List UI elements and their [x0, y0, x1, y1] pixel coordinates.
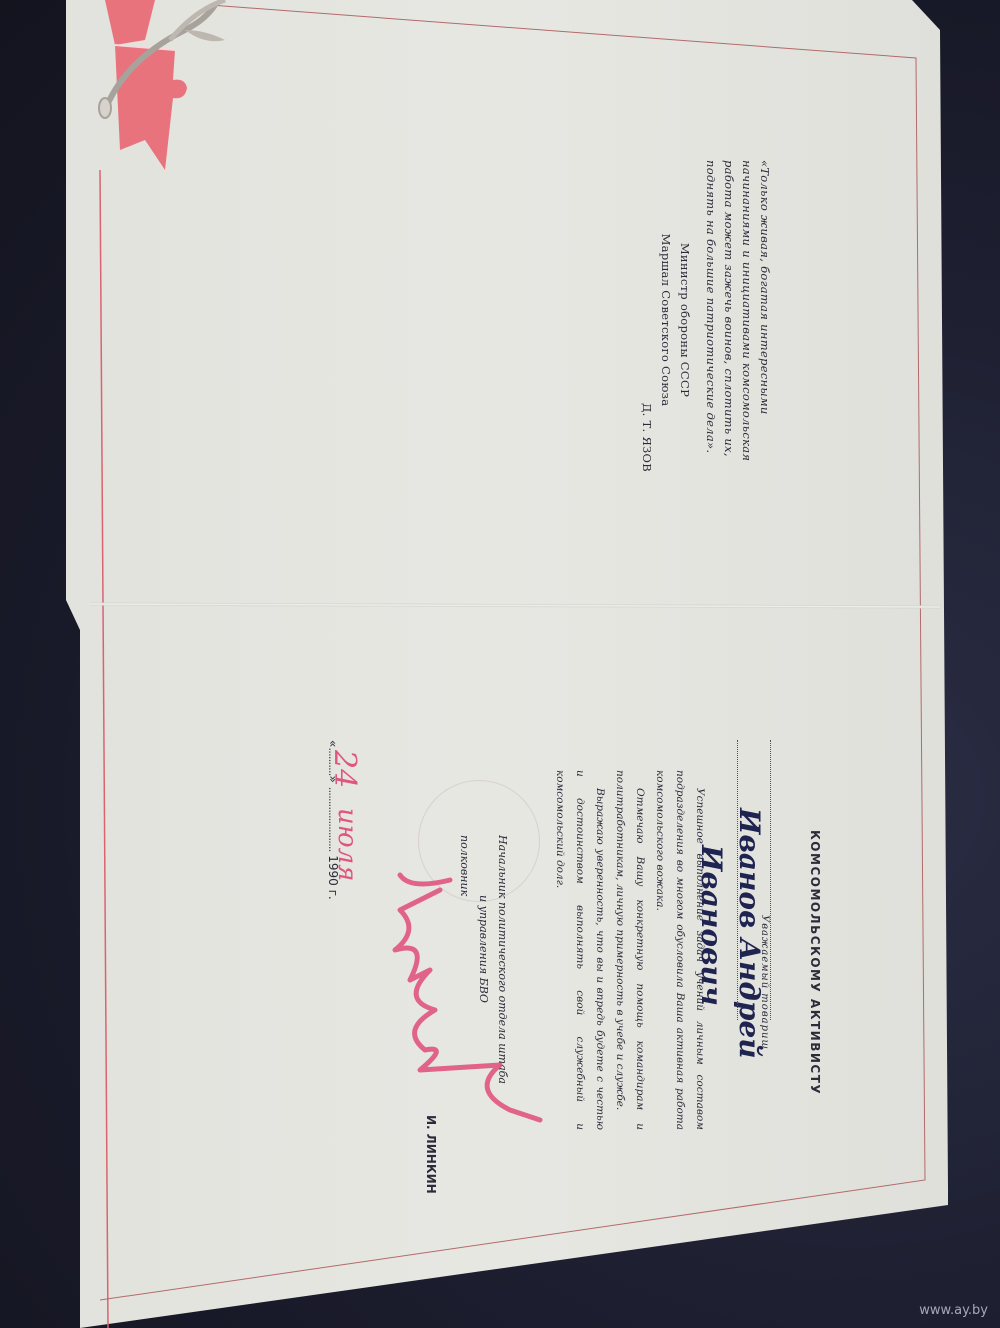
quote-author-title-2: Маршал Советского Союза	[656, 160, 675, 480]
quote-author-name: Д. Т. ЯЗОВ	[637, 160, 656, 480]
quote-author-title-1: Министр обороны СССР	[675, 160, 694, 480]
date-month-handwritten: июля	[332, 808, 362, 881]
dotted-line-2	[737, 740, 738, 1020]
certificate-title: КОМСОМОЛЬСКОМУ АКТИВИСТУ	[808, 830, 822, 1095]
ribbon-branch-ornament	[75, 0, 235, 180]
handwritten-signature	[380, 870, 560, 1130]
dotted-line-1	[770, 740, 771, 1020]
body-paragraph-2: Отмечаю Вашу конкретную помощь командира…	[610, 770, 650, 1130]
quote-block: «Только живая, богатая интересными начин…	[637, 160, 774, 480]
date-day-handwritten: 24	[327, 750, 362, 788]
quote-text: «Только живая, богатая интересными начин…	[702, 160, 774, 480]
body-paragraph-1: Успешное выполнение задач учений личным …	[650, 770, 710, 1130]
watermark: www.ay.by	[919, 1303, 988, 1318]
body-text: Успешное выполнение задач учений личным …	[550, 770, 710, 1130]
